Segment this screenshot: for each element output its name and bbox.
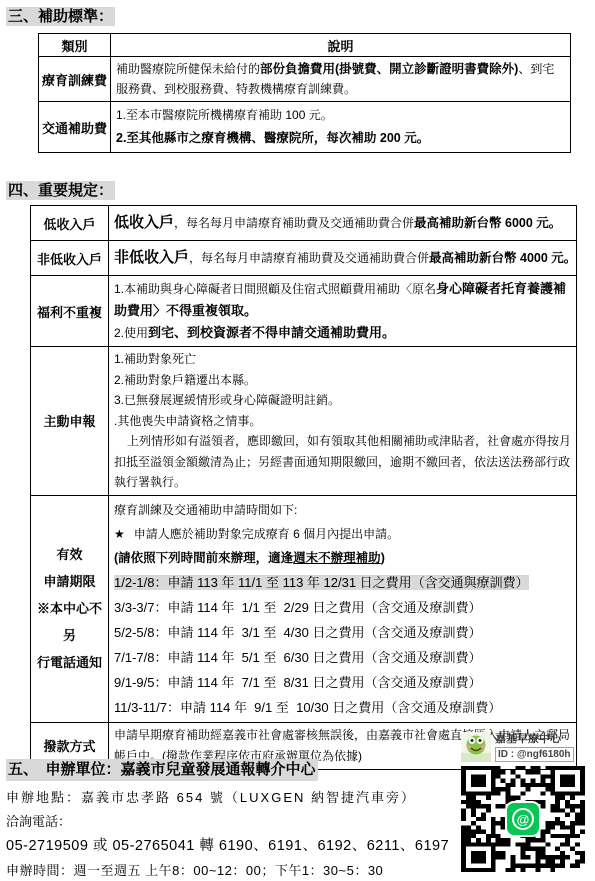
deadline-star-line: ★申請人應於補助對象完成療育 6 個月內提出申請。 [114,522,571,546]
important-rules-table: 低收入戶 低收入戶，每名每月申請療育補助費及交通補助費合併最高補助新台幣 600… [30,205,577,770]
low-income-rule: 低收入戶，每名每月申請療育補助費及交通補助費合併最高補助新台幣 6000 元。 [109,206,577,241]
transport-fee-description: 1.至本市醫療院所機構療育補助 100 元。 2.至其他縣市之療育機構、醫療院所… [111,102,571,153]
deadline-label-line: 有效 [33,541,106,568]
section4-heading: 四、重要規定： [6,181,115,201]
self-report-label: 主動申報 [31,347,109,496]
table-row-low-income: 低收入戶 低收入戶，每名每月申請療育補助費及交通補助費合併最高補助新台幣 600… [31,206,577,241]
table-row-non-low-income: 非低收入戶 非低收入戶，每名每月申請療育補助費及交通補助費合併最高補助新台幣 4… [31,241,577,276]
text-segment-bold: 到宅、到校資源者不得申請交通補助費用。 [148,325,395,340]
text-segment-lead: 低收入戶 [114,214,174,231]
line-account-text: 嘉基早療中心 ID : @ngf6180h [495,733,574,762]
transport-fee-label: 交通補助費 [39,102,111,153]
table-row-deadline: 有效 申請期限 ※本中心不另 行電話通知 療育訓練及交通補助申請時間如下: ★申… [31,495,577,722]
table-row-transport-fee: 交通補助費 1.至本市醫療院所機構療育補助 100 元。 2.至其他縣市之療育機… [39,102,571,153]
phone-numbers: 05-2719509 或 05-2765041 轉 6190、6191、6192… [6,834,476,855]
report-note: 上列情形如有溢領者，應即繳回，如有領取其他相關補助或津貼者，社會處亦得按月扣抵至… [114,431,571,493]
report-item: 1.補助對象死亡 [114,349,571,370]
text-segment-bold: 最高補助新台幣 6000 元。 [414,216,561,230]
report-item: .其他喪失申請資格之情事。 [114,411,571,432]
office-address: 申辦地點：嘉義市忠孝路 654 號（LUXGEN 納智捷汽車旁） [6,787,476,806]
welfare-item-2: 2.使用到宅、到校資源者不得申請交通補助費用。 [114,322,571,344]
schedule-line-1: 1/2-1/8：申請 113 年 11/1 至 113 年 12/31 日之費用… [114,570,571,595]
table-header-row: 類別 說明 [39,34,571,57]
non-low-income-rule: 非低收入戶，每名每月申請療育補助費及交通補助費合併最高補助新台幣 4000 元。 [109,241,577,276]
no-duplicate-label: 福利不重複 [31,276,109,347]
line-account-id: ID : @ngf6180h [495,747,574,762]
line-account-name: 嘉基早療中心 [495,733,574,746]
schedule-text-highlighted: 1/2-1/8：申請 113 年 11/1 至 113 年 12/31 日之費用… [114,575,529,590]
report-item: 3.已無發展遲緩情形或身心障礙證明註銷。 [114,390,571,411]
schedule-line-2: 3/3-3/7：申請 114 年 1/1 至 2/29 日之費用（含交通及療訓費… [114,595,571,620]
text-segment: 補助醫療院所健保未給付的 [116,62,260,76]
phone-label: 洽詢電話： [6,811,476,830]
schedule-line-3: 5/2-5/8：申請 114 年 3/1 至 4/30 日之費用（含交通及療訓費… [114,620,571,645]
text-segment: ) [381,551,385,565]
deadline-rules: 療育訓練及交通補助申請時間如下: ★申請人應於補助對象完成療育 6 個月內提出申… [109,495,577,722]
transport-item-1: 1.至本市醫療院所機構療育補助 100 元。 [116,104,565,127]
section5-heading: 五、 申辦單位：嘉義市兒童發展通報轉介中心 [6,759,318,781]
deadline-label-line: 行電話通知 [33,649,106,676]
text-segment: 2.使用 [114,326,148,340]
training-fee-description: 補助醫療院所健保未給付的部份負擔費用(掛號費、開立診斷證明書費除外)、到宅服務費… [111,57,571,102]
deadline-label: 有效 申請期限 ※本中心不另 行電話通知 [31,495,109,722]
self-report-rules: 1.補助對象死亡 2.補助對象戶籍遷出本縣。 3.已無發展遲緩情形或身心障礙證明… [109,347,577,496]
col-header-description: 說明 [111,34,571,57]
schedule-text: 11/3-11/7：申請 114 年 9/1 至 10/30 日之費用（含交通及… [114,700,501,715]
subsidy-standard-table: 類別 說明 療育訓練費 補助醫療院所健保未給付的部份負擔費用(掛號費、開立診斷證… [38,33,571,153]
deadline-note: (請依照下列時間前來辦理，適逢週末不辦理補助) [114,546,571,570]
text-segment: (請依照下列時間前來辦理，適逢 [114,551,293,565]
table-row-self-report: 主動申報 1.補助對象死亡 2.補助對象戶籍遷出本縣。 3.已無發展遲緩情形或身… [31,347,577,496]
no-duplicate-rules: 1.本補助與身心障礙者日間照顧及住宿式照顧費用補助〈原名身心障礙者托育養護補助費… [109,276,577,347]
schedule-text: 9/1-9/5：申請 114 年 7/1 至 8/31 日之費用（含交通及療訓費… [114,675,481,690]
section3-heading-text: 三、補助標準： [6,7,115,26]
section3-heading: 三、補助標準： [6,7,115,27]
line-contact-block: 嘉基早療中心 ID : @ngf6180h @ [461,732,593,872]
line-account-header: 嘉基早療中心 ID : @ngf6180h [461,732,593,762]
text-segment-bold: 最高補助新台幣 4000 元。 [429,251,576,265]
schedule-line-4: 7/1-7/8：申請 114 年 5/1 至 6/30 日之費用（含交通及療訓費… [114,645,571,670]
text-segment-lead: 非低收入戶 [114,249,189,266]
qr-code: @ [461,766,585,872]
transport-item-2: 2.至其他縣市之療育機構、醫療院所，每次補助 200 元。 [116,127,565,150]
deadline-label-line: 申請期限 [33,568,106,595]
table-row-training-fee: 療育訓練費 補助醫療院所健保未給付的部份負擔費用(掛號費、開立診斷證明書費除外)… [39,57,571,102]
schedule-text: 7/1-7/8：申請 114 年 5/1 至 6/30 日之費用（含交通及療訓費… [114,650,481,665]
col-header-category: 類別 [39,34,111,57]
mascot-avatar [461,732,491,762]
training-fee-label: 療育訓練費 [39,57,111,102]
schedule-line-6: 11/3-11/7：申請 114 年 9/1 至 10/30 日之費用（含交通及… [114,695,571,720]
welfare-item-1: 1.本補助與身心障礙者日間照顧及住宿式照顧費用補助〈原名身心障礙者托育養護補助費… [114,278,571,322]
line-at-icon: @ [507,803,539,835]
schedule-text: 5/2-5/8：申請 114 年 3/1 至 4/30 日之費用（含交通及療訓費… [114,625,481,640]
deadline-intro: 療育訓練及交通補助申請時間如下: [114,498,571,522]
non-low-income-label: 非低收入戶 [31,241,109,276]
text-segment: ，每名每月申請療育補助費及交通補助費合併 [174,216,414,230]
report-item: 2.補助對象戶籍遷出本縣。 [114,370,571,391]
star-icon: ★ [114,522,125,546]
text-segment-underlined: 週末不辦理補助 [293,551,381,565]
deadline-star-text: 申請人應於補助對象完成療育 6 個月內提出申請。 [134,527,399,541]
table-row-no-duplicate-welfare: 福利不重複 1.本補助與身心障礙者日間照顧及住宿式照顧費用補助〈原名身心障礙者托… [31,276,577,347]
office-hours: 申辦時間：週一至週五 上午8：00~12：00；下午1：30~5：30 [6,860,476,879]
low-income-label: 低收入戶 [31,206,109,241]
schedule-text: 3/3-3/7：申請 114 年 1/1 至 2/29 日之費用（含交通及療訓費… [114,600,481,615]
text-segment-bold: 部份負擔費用(掛號費、開立診斷證明書費除外) [260,62,518,76]
deadline-label-line: ※本中心不另 [33,595,106,649]
text-segment: 1.本補助與身心障礙者日間照顧及住宿式照顧費用補助〈原名 [114,282,436,296]
section5-block: 五、 申辦單位：嘉義市兒童發展通報轉介中心 申辦地點：嘉義市忠孝路 654 號（… [6,759,476,879]
schedule-line-5: 9/1-9/5：申請 114 年 7/1 至 8/31 日之費用（含交通及療訓費… [114,670,571,695]
section4-heading-text: 四、重要規定： [6,181,115,200]
text-segment: ，每名每月申請療育補助費及交通補助費合併 [189,251,429,265]
document-page: 三、補助標準： 類別 說明 療育訓練費 補助醫療院所健保未給付的部份負擔費用(掛… [0,0,595,881]
